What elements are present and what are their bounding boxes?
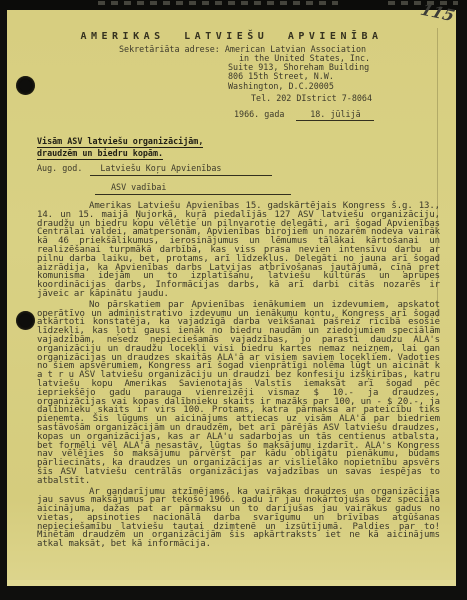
- body-paragraph-3: Ar gandarījumu atzīmējams, ka vairākas d…: [37, 488, 440, 550]
- phone-line: Tel. 202 DIstrict 7-8064: [251, 93, 372, 103]
- scanned-letter-page: 115 AMERIKAS LATVIEŠU APVIENĪBA Sekretār…: [0, 0, 467, 600]
- date-line: 1966. gada18. jūlijā: [234, 109, 374, 121]
- salutation-org-name: Latviešu Koŗu Apvienības: [90, 163, 272, 176]
- scan-top-black-bar: [0, 0, 467, 10]
- letter-paper: AMERIKAS LATVIEŠU APVIENĪBA Sekretāriāta…: [7, 10, 456, 586]
- addressee-block: Visām ASV latviešu organizācijām, draudz…: [37, 136, 203, 160]
- date-value: 18. jūlijā: [296, 109, 374, 121]
- date-prefix: 1966. gada: [234, 109, 284, 119]
- hole-punch-top: [16, 76, 35, 95]
- body-paragraph-1: Amerikas Latviešu Apvienības 15. gadskār…: [37, 202, 440, 299]
- address-line: Washington, D.C.20005: [228, 82, 370, 91]
- salutation-line: Aug. god.Latviešu Koŗu Apvienības: [37, 163, 272, 176]
- salutation-prefix: Aug. god.: [37, 163, 82, 173]
- body-paragraph-2: No pārskatiem par Apvienības ienākumiem …: [37, 301, 440, 486]
- addressee-line-1: Visām ASV latviešu organizācijām,: [37, 136, 203, 148]
- addressee-line-2: draudzēm un biedru kopām.: [37, 148, 163, 160]
- salutation-line-2: ASV vadībai: [95, 182, 291, 195]
- previous-page-text-remnant: [98, 1, 338, 5]
- salutation-unit: ASV vadībai: [95, 182, 291, 195]
- address-block: in the United States, Inc. Suite 913, Sh…: [228, 54, 370, 91]
- secretariat-label: Sekretāriāta adrese:: [119, 44, 220, 54]
- letter-body: Amerikas Latviešu Apvienības 15. gadskār…: [37, 202, 440, 551]
- org-title: AMERIKAS LATVIEŠU APVIENĪBA: [7, 31, 456, 42]
- hole-punch-bottom: [16, 311, 35, 330]
